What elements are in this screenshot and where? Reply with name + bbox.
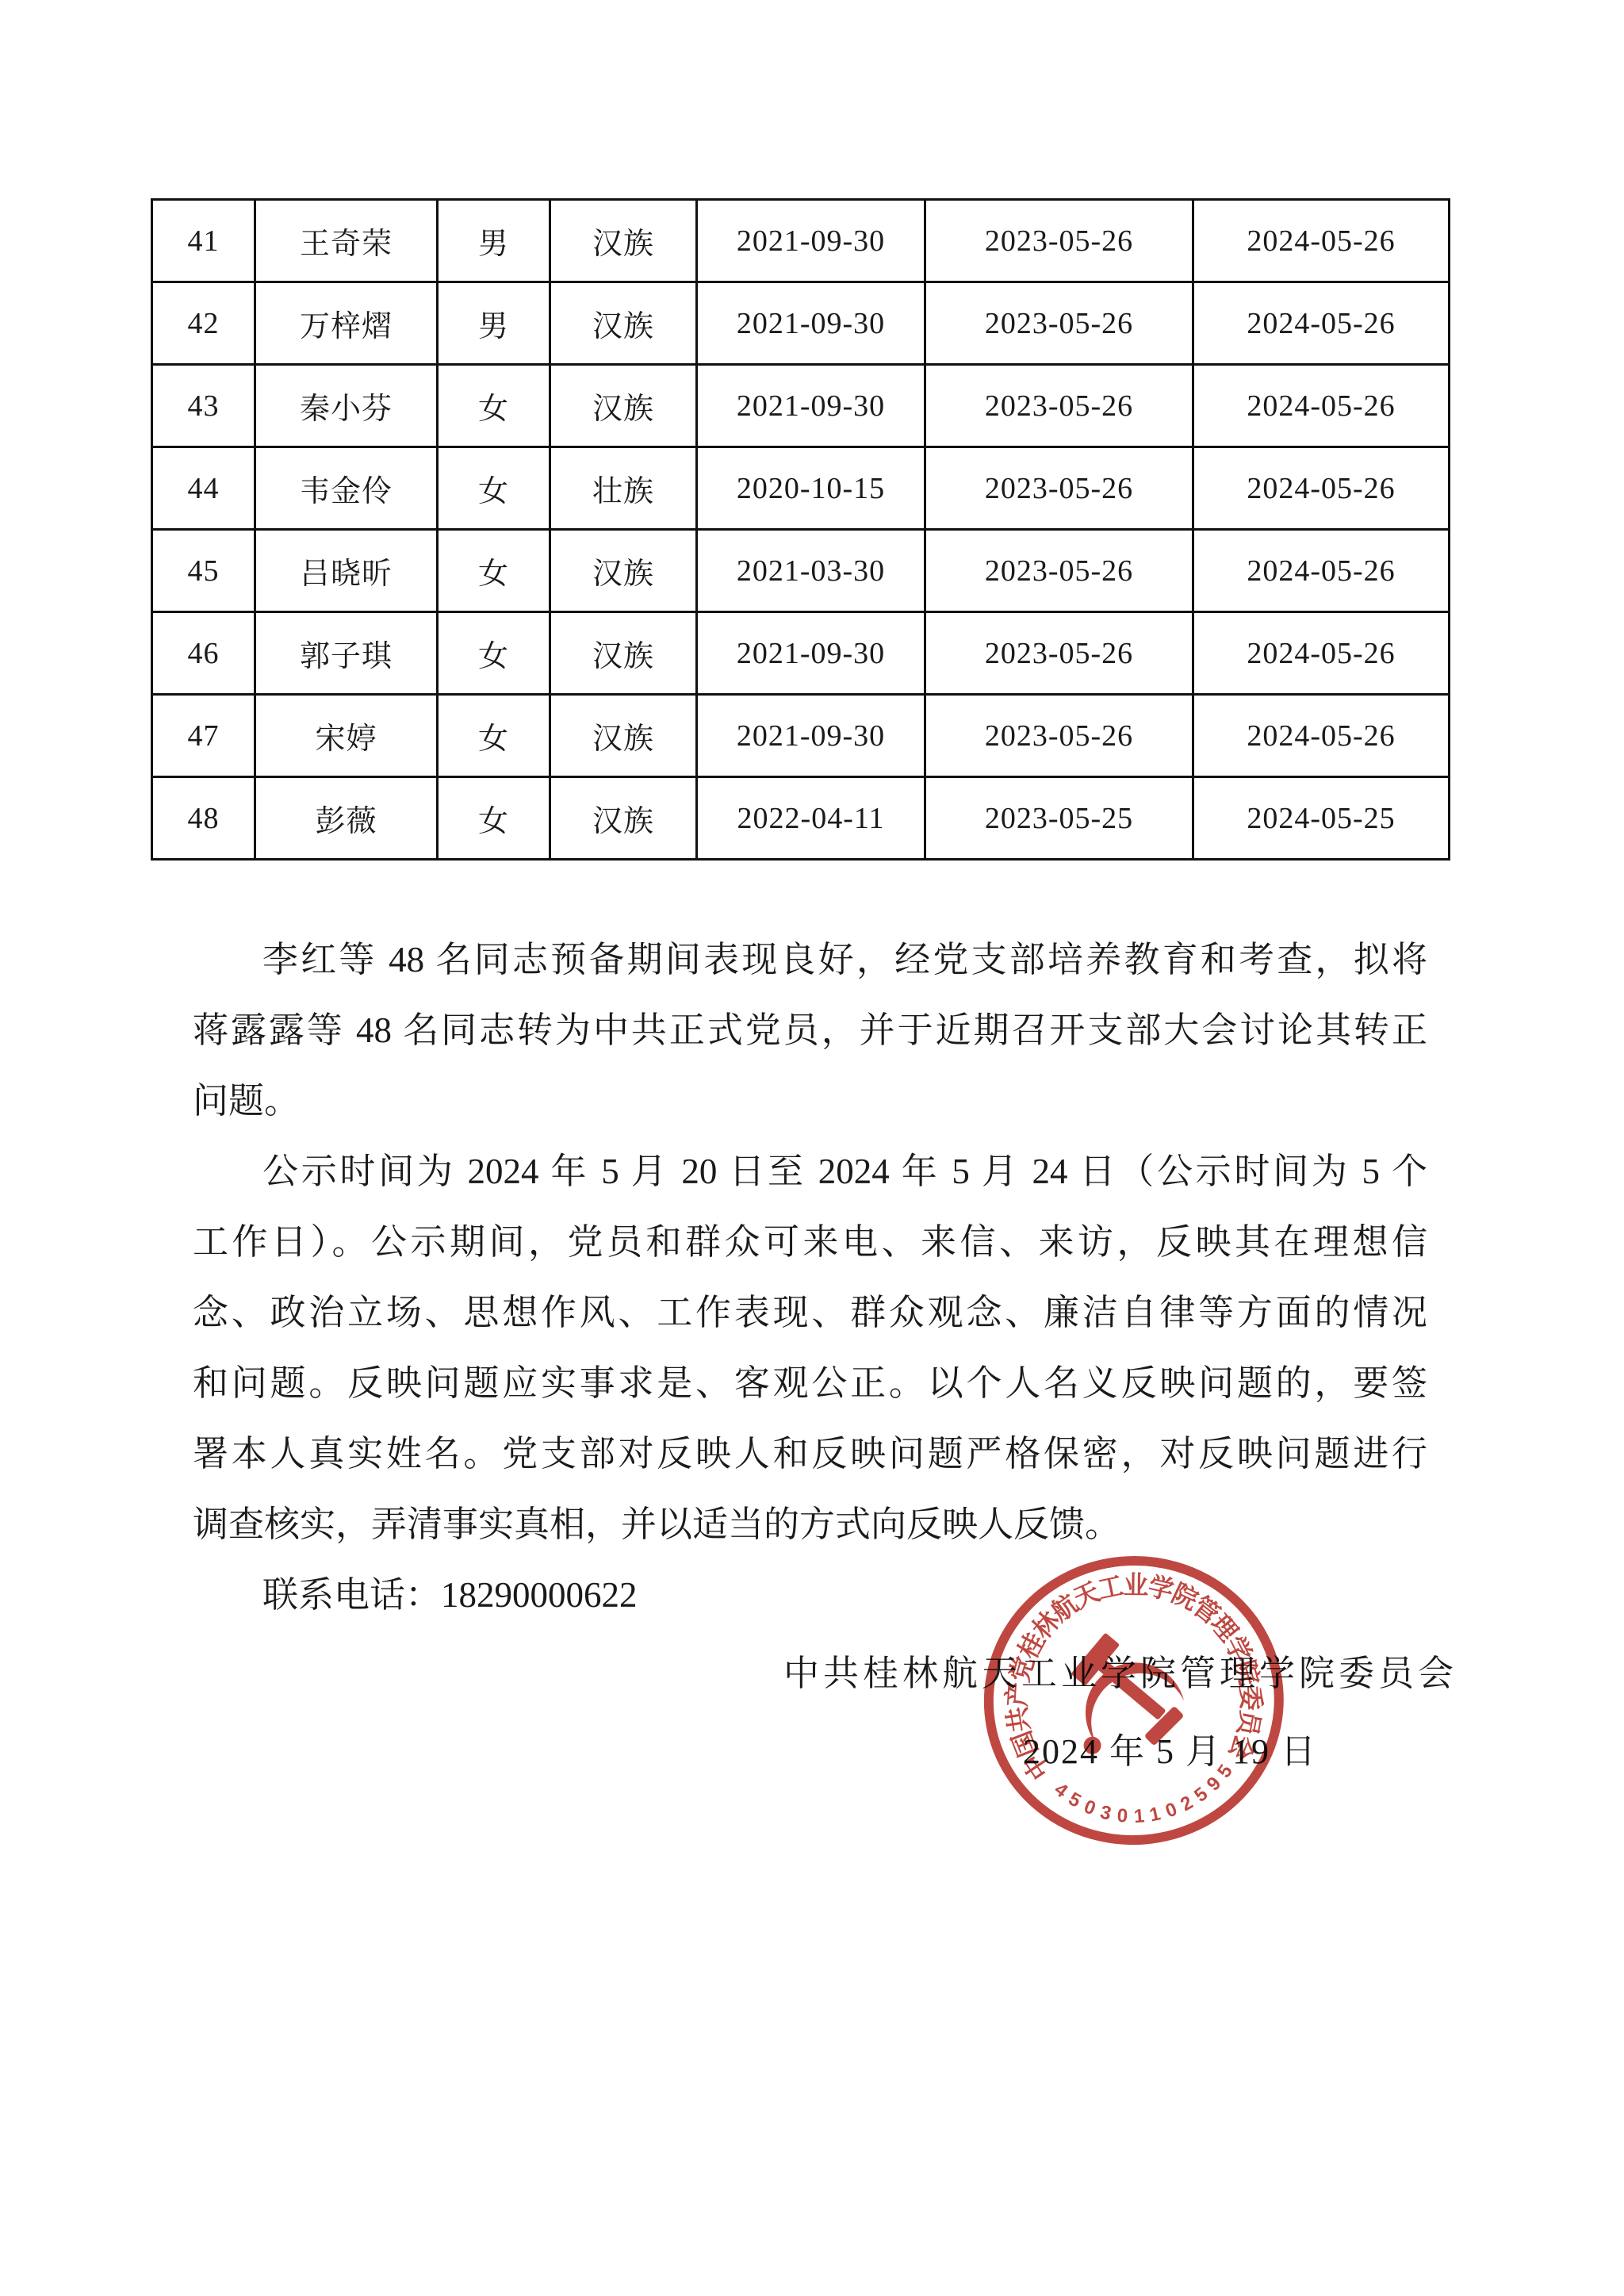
table-cell: 2024-05-26 <box>1193 282 1450 365</box>
membership-roster-table: 41王奇荣男汉族2021-09-302023-05-262024-05-2642… <box>151 198 1450 861</box>
text-line: 联系电话：18290000622 <box>193 1560 1427 1631</box>
table-cell: 46 <box>152 612 255 695</box>
table-cell: 彭薇 <box>255 777 438 860</box>
table-row: 43秦小芬女汉族2021-09-302023-05-262024-05-26 <box>152 365 1450 447</box>
text-line: 公示时间为 2024 年 5 月 20 日至 2024 年 5 月 24 日（公… <box>193 1137 1427 1207</box>
table-cell: 2023-05-26 <box>925 695 1193 777</box>
table-row: 46郭子琪女汉族2021-09-302023-05-262024-05-26 <box>152 612 1450 695</box>
table-cell: 2024-05-26 <box>1193 612 1450 695</box>
table-cell: 汉族 <box>550 530 697 612</box>
text-line: 李红等 48 名同志预备期间表现良好，经党支部培养教育和考查，拟将 <box>193 925 1427 995</box>
table-cell: 汉族 <box>550 282 697 365</box>
table-cell: 秦小芬 <box>255 365 438 447</box>
text-line: 署本人真实姓名。党支部对反映人和反映问题严格保密，对反映问题进行 <box>193 1419 1427 1489</box>
table-row: 42万梓熠男汉族2021-09-302023-05-262024-05-26 <box>152 282 1450 365</box>
document-page: 41王奇荣男汉族2021-09-302023-05-262024-05-2642… <box>0 0 1624 2296</box>
text-line: 问题。 <box>193 1066 1427 1137</box>
table-cell: 汉族 <box>550 777 697 860</box>
table-cell: 2024-05-26 <box>1193 447 1450 530</box>
table-row: 45吕晓昕女汉族2021-03-302023-05-262024-05-26 <box>152 530 1450 612</box>
table-cell: 郭子琪 <box>255 612 438 695</box>
table-cell: 2020-10-15 <box>697 447 925 530</box>
table-cell: 2024-05-26 <box>1193 530 1450 612</box>
table-cell: 汉族 <box>550 695 697 777</box>
table-cell: 吕晓昕 <box>255 530 438 612</box>
table-cell: 47 <box>152 695 255 777</box>
table-cell: 2023-05-26 <box>925 447 1193 530</box>
table-cell: 2021-09-30 <box>697 695 925 777</box>
table-cell: 42 <box>152 282 255 365</box>
table-cell: 2021-09-30 <box>697 365 925 447</box>
table-cell: 2023-05-26 <box>925 365 1193 447</box>
table-cell: 万梓熠 <box>255 282 438 365</box>
table-row: 44韦金伶女壮族2020-10-152023-05-262024-05-26 <box>152 447 1450 530</box>
table-cell: 汉族 <box>550 612 697 695</box>
text-line: 工作日）。公示期间，党员和群众可来电、来信、来访，反映其在理想信 <box>193 1207 1427 1278</box>
table-cell: 43 <box>152 365 255 447</box>
table-cell: 汉族 <box>550 365 697 447</box>
table-cell: 女 <box>438 612 550 695</box>
table-cell: 宋婷 <box>255 695 438 777</box>
table-row: 47宋婷女汉族2021-09-302023-05-262024-05-26 <box>152 695 1450 777</box>
text-line: 蒋露露等 48 名同志转为中共正式党员，并于近期召开支部大会讨论其转正 <box>193 995 1427 1066</box>
signature-committee-line: 中共桂林航天工业学院管理学院委员会 <box>783 1644 1457 1696</box>
table-cell: 壮族 <box>550 447 697 530</box>
table-cell: 女 <box>438 365 550 447</box>
table-cell: 王奇荣 <box>255 200 438 282</box>
table-cell: 2023-05-26 <box>925 282 1193 365</box>
table-cell: 女 <box>438 447 550 530</box>
table-cell: 汉族 <box>550 200 697 282</box>
table-cell: 韦金伶 <box>255 447 438 530</box>
table-cell: 2023-05-26 <box>925 200 1193 282</box>
table-row: 41王奇荣男汉族2021-09-302023-05-262024-05-26 <box>152 200 1450 282</box>
table-cell: 2021-03-30 <box>697 530 925 612</box>
table-cell: 2024-05-26 <box>1193 200 1450 282</box>
table-cell: 2021-09-30 <box>697 200 925 282</box>
table-cell: 2023-05-25 <box>925 777 1193 860</box>
table-cell: 2023-05-26 <box>925 612 1193 695</box>
signature-date-line: 2024 年 5 月 19 日 <box>1023 1723 1317 1773</box>
table-cell: 2022-04-11 <box>697 777 925 860</box>
table-cell: 2024-05-26 <box>1193 365 1450 447</box>
table-cell: 男 <box>438 200 550 282</box>
table-cell: 41 <box>152 200 255 282</box>
table-cell: 2021-09-30 <box>697 612 925 695</box>
table-cell: 44 <box>152 447 255 530</box>
table-cell: 女 <box>438 695 550 777</box>
text-line: 和问题。反映问题应实事求是、客观公正。以个人名义反映问题的，要签 <box>193 1348 1427 1419</box>
table-cell: 女 <box>438 777 550 860</box>
table-cell: 2024-05-26 <box>1193 695 1450 777</box>
table-cell: 2021-09-30 <box>697 282 925 365</box>
table-cell: 2024-05-25 <box>1193 777 1450 860</box>
table-row: 48彭薇女汉族2022-04-112023-05-252024-05-25 <box>152 777 1450 860</box>
text-line: 念、政治立场、思想作风、工作表现、群众观念、廉洁自律等方面的情况 <box>193 1278 1427 1348</box>
notice-body-text: 李红等 48 名同志预备期间表现良好，经党支部培养教育和考查，拟将蒋露露等 48… <box>193 925 1427 1631</box>
table-cell: 女 <box>438 530 550 612</box>
table-cell: 45 <box>152 530 255 612</box>
table-cell: 48 <box>152 777 255 860</box>
table-cell: 男 <box>438 282 550 365</box>
table-cell: 2023-05-26 <box>925 530 1193 612</box>
text-line: 调查核实，弄清事实真相，并以适当的方式向反映人反馈。 <box>193 1489 1427 1560</box>
